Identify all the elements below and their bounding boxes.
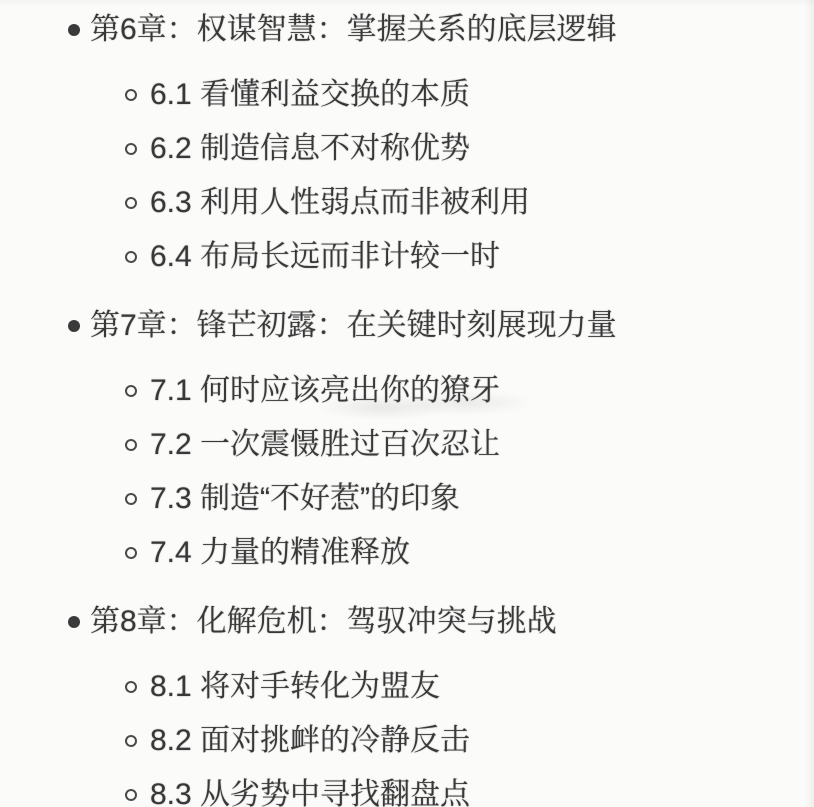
outline-item-row: 6.4 布局长远而非计较一时 [0,240,814,273]
circle-bullet-icon [125,735,137,747]
chapter-title: 第7章：锋芒初露：在关键时刻展现力量 [90,309,617,342]
circle-bullet-icon [125,197,137,209]
chapter-title: 第6章：权谋智慧：掌握关系的底层逻辑 [90,13,617,46]
circle-bullet-icon [125,681,137,693]
outline-item-text: 7.1 何时应该亮出你的獠牙 [150,374,500,407]
outline-item-text: 7.4 力量的精准释放 [150,536,410,569]
disc-bullet-icon [68,616,80,628]
chapter-row: 第6章：权谋智慧：掌握关系的底层逻辑 [0,13,814,46]
outline-item-text: 8.1 将对手转化为盟友 [150,670,440,703]
outline-item-row: 6.1 看懂利益交换的本质 [0,78,814,111]
circle-bullet-icon [125,385,137,397]
outline-item-text: 7.2 一次震慑胜过百次忍让 [150,428,500,461]
outline-item-row: 6.2 制造信息不对称优势 [0,132,814,165]
outline-item-row: 7.3 制造“不好惹”的印象 [0,482,814,515]
chapter-title: 第8章：化解危机：驾驭冲突与挑战 [90,605,557,638]
outline-item-text: 6.1 看懂利益交换的本质 [150,78,470,111]
outline-item-text: 8.2 面对挑衅的冷静反击 [150,724,470,757]
circle-bullet-icon [125,493,137,505]
circle-bullet-icon [125,789,137,801]
circle-bullet-icon [125,89,137,101]
outline-item-row: 8.2 面对挑衅的冷静反击 [0,724,814,757]
outline-item-row: 8.3 从劣势中寻找翻盘点 [0,778,814,807]
outline-item-row: 7.4 力量的精准释放 [0,536,814,569]
outline-item-text: 7.3 制造“不好惹”的印象 [150,482,460,515]
circle-bullet-icon [125,143,137,155]
outline-item-text: 6.3 利用人性弱点而非被利用 [150,186,530,219]
outline-item-text: 6.2 制造信息不对称优势 [150,132,470,165]
outline-item-row: 8.1 将对手转化为盟友 [0,670,814,703]
chapter-row: 第7章：锋芒初露：在关键时刻展现力量 [0,309,814,342]
circle-bullet-icon [125,251,137,263]
disc-bullet-icon [68,24,80,36]
disc-bullet-icon [68,320,80,332]
circle-bullet-icon [125,547,137,559]
chapter-row: 第8章：化解危机：驾驭冲突与挑战 [0,605,814,638]
outline-item-row: 7.2 一次震慑胜过百次忍让 [0,428,814,461]
outline-item-text: 8.3 从劣势中寻找翻盘点 [150,778,470,807]
outline-item-text: 6.4 布局长远而非计较一时 [150,240,500,273]
outline-item-row: 7.1 何时应该亮出你的獠牙 [0,374,814,407]
circle-bullet-icon [125,439,137,451]
document-outline-page: 第6章：权谋智慧：掌握关系的底层逻辑 6.1 看懂利益交换的本质 6.2 制造信… [0,0,814,807]
outline-item-row: 6.3 利用人性弱点而非被利用 [0,186,814,219]
